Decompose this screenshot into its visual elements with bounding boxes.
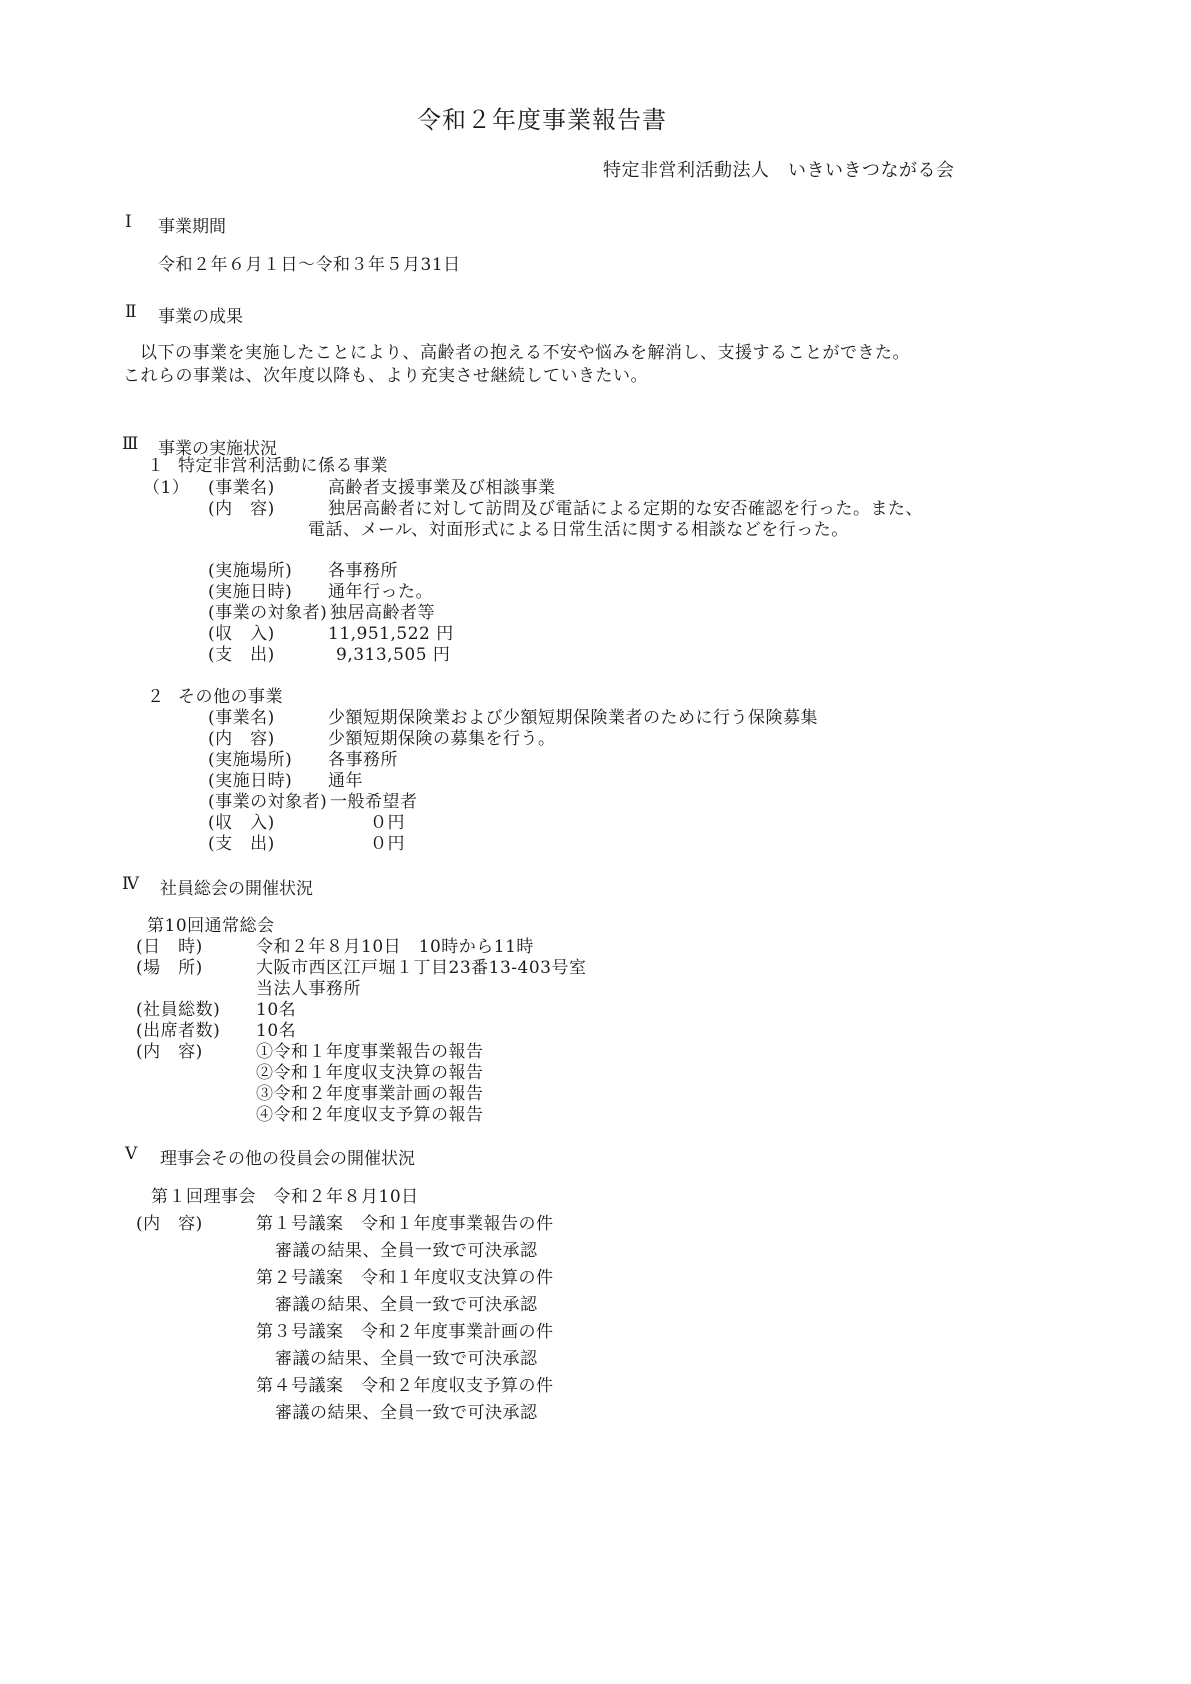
field-label: (支 出) — [208, 833, 275, 855]
agenda-item: 第４号議案 令和２年度収支予算の件 — [256, 1375, 554, 1397]
agenda-result: 審議の結果、全員一致で可決承認 — [275, 1294, 538, 1316]
subsection-number: １ — [147, 455, 165, 477]
field-value: 少額短期保険業および少額短期保険業者のために行う保険募集 — [328, 707, 818, 729]
section-numeral: Ⅰ — [125, 212, 132, 232]
field-label: (内 容) — [208, 728, 275, 750]
section-numeral: Ⅴ — [125, 1144, 137, 1164]
results-paragraph-line: 以下の事業を実施したことにより、高齢者の抱える不安や悩みを解消し、支援することが… — [140, 342, 910, 364]
field-value: 通年行った。 — [328, 581, 433, 603]
agenda-item: ②令和１年度収支決算の報告 — [256, 1062, 484, 1084]
agenda-item: ①令和１年度事業報告の報告 — [256, 1041, 484, 1063]
field-value: 独居高齢者に対して訪問及び電話による定期的な安否確認を行った。また、 — [328, 498, 923, 520]
field-label: (収 入) — [208, 812, 275, 834]
field-label: (支 出) — [208, 644, 275, 666]
agenda-item: ④令和２年度収支予算の報告 — [256, 1104, 484, 1126]
section-numeral: Ⅱ — [125, 302, 137, 322]
agenda-result: 審議の結果、全員一致で可決承認 — [275, 1240, 538, 1262]
document-title: 令和２年度事業報告書 — [417, 100, 667, 135]
section-heading: 理事会その他の役員会の開催状況 — [160, 1144, 415, 1169]
field-label: (場 所) — [136, 957, 203, 979]
field-label: (事業の対象者) — [208, 791, 327, 813]
field-label: (内 容) — [208, 498, 275, 520]
field-value: 令和２年８月10日 10時から11時 — [256, 936, 534, 958]
section-numeral: Ⅳ — [122, 874, 139, 894]
agenda-item: 第２号議案 令和１年度収支決算の件 — [256, 1267, 554, 1289]
field-value: 各事務所 — [328, 560, 398, 582]
income-value: 11,951,522 円 — [328, 623, 454, 645]
field-value: 通年 — [328, 770, 363, 792]
subsection-heading: 特定非営利活動に係る事業 — [178, 455, 388, 477]
field-value: 当法人事務所 — [256, 978, 361, 1000]
field-value: 一般希望者 — [330, 791, 418, 813]
field-label: (日 時) — [136, 936, 203, 958]
agenda-result: 審議の結果、全員一致で可決承認 — [275, 1348, 538, 1370]
item-number: （1） — [143, 477, 189, 499]
business-period: 令和２年６月１日～令和３年５月31日 — [158, 254, 461, 276]
field-label: (実施場所) — [208, 749, 292, 771]
section-heading: 事業期間 — [158, 212, 226, 237]
agenda-item: 第１号議案 令和１年度事業報告の件 — [256, 1213, 554, 1235]
field-value: 少額短期保険の募集を行う。 — [328, 728, 556, 750]
field-value: 電話、メール、対面形式による日常生活に関する相談などを行った。 — [308, 519, 849, 541]
field-value: 10名 — [256, 999, 296, 1021]
field-value: 独居高齢者等 — [330, 602, 435, 624]
field-label: (事業の対象者) — [208, 602, 327, 624]
agenda-result: 審議の結果、全員一致で可決承認 — [275, 1402, 538, 1424]
agenda-item: ③令和２年度事業計画の報告 — [256, 1083, 484, 1105]
field-label: (内 容) — [136, 1041, 203, 1063]
field-label: (実施日時) — [208, 770, 292, 792]
field-value: 各事務所 — [328, 749, 398, 771]
field-label: (内 容) — [136, 1213, 203, 1235]
subsection-heading: その他の事業 — [178, 686, 283, 708]
income-value: ０円 — [370, 812, 405, 834]
section-numeral: Ⅲ — [122, 434, 138, 454]
field-label: (社員総数) — [136, 999, 220, 1021]
meeting-name: 第１回理事会 令和２年８月10日 — [151, 1186, 419, 1208]
section-heading: 事業の成果 — [158, 302, 243, 327]
field-label: (事業名) — [208, 707, 275, 729]
agenda-item: 第３号議案 令和２年度事業計画の件 — [256, 1321, 554, 1343]
meeting-name: 第10回通常総会 — [147, 915, 275, 937]
expense-value: ０円 — [370, 833, 405, 855]
field-label: (収 入) — [208, 623, 275, 645]
section-heading: 社員総会の開催状況 — [160, 874, 313, 899]
field-value: 高齢者支援事業及び相談事業 — [328, 477, 556, 499]
expense-value: 9,313,505 円 — [336, 644, 450, 666]
subsection-number: ２ — [147, 686, 165, 708]
field-label: (実施場所) — [208, 560, 292, 582]
field-label: (事業名) — [208, 477, 275, 499]
field-value: 10名 — [256, 1020, 296, 1042]
field-value: 大阪市西区江戸堀１丁目23番13-403号室 — [256, 957, 586, 979]
field-label: (実施日時) — [208, 581, 292, 603]
organization-name: 特定非営利活動法人 いきいきつながる会 — [603, 160, 955, 182]
results-paragraph-line: これらの事業は、次年度以降も、より充実させ継続していきたい。 — [123, 365, 648, 387]
field-label: (出席者数) — [136, 1020, 220, 1042]
